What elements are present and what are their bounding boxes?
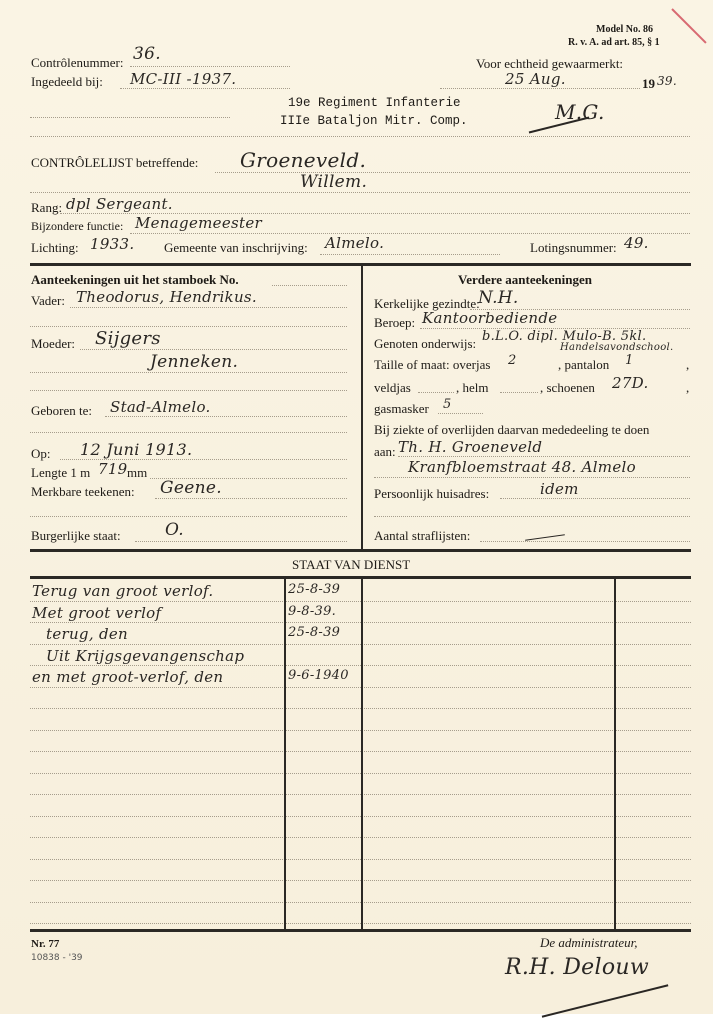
burgerlijke-value: O. bbox=[165, 520, 184, 540]
dotted-line bbox=[30, 516, 347, 517]
lengte-value: 719 bbox=[98, 460, 128, 478]
rang-label: Rang: bbox=[31, 200, 62, 216]
scan-margin bbox=[0, 1014, 713, 1024]
gasmasker-label: gasmasker bbox=[374, 401, 429, 417]
table-bottom-rule bbox=[30, 929, 691, 932]
dotted-line bbox=[374, 477, 690, 478]
verdere-title: Verdere aanteekeningen bbox=[458, 272, 592, 288]
stamboek-title: Aanteekeningen uit het stamboek No. bbox=[31, 272, 239, 288]
schoenen-value: 27D. bbox=[612, 374, 649, 392]
pantalon-value: 1 bbox=[625, 353, 634, 368]
gemeente-label: Gemeente van inschrijving: bbox=[164, 240, 308, 256]
dotted-line bbox=[30, 326, 347, 327]
service-entry-date: 9-6-1940 bbox=[288, 668, 349, 683]
aan-label: aan: bbox=[374, 444, 396, 460]
dotted-line bbox=[105, 416, 347, 417]
lengte-label: Lengte 1 m bbox=[31, 465, 90, 481]
beroep-value: Kantoorbediende bbox=[422, 309, 557, 327]
service-entry-text: Terug van groot verlof. bbox=[32, 582, 213, 600]
given-name-value: Willem. bbox=[300, 172, 367, 192]
taille-label: Taille of maat: overjas bbox=[374, 357, 490, 373]
dotted-line bbox=[418, 392, 454, 393]
aan-line2: Kranfbloemstraat 48. Almelo bbox=[408, 458, 636, 476]
lichting-value: 1933. bbox=[90, 235, 134, 253]
administrateur-signature: R.H. Delouw bbox=[505, 955, 649, 980]
burgerlijke-label: Burgerlijke staat: bbox=[31, 528, 121, 544]
merkbare-value: Geene. bbox=[160, 478, 222, 498]
dotted-line bbox=[135, 541, 347, 542]
moeder-label: Moeder: bbox=[31, 336, 75, 352]
dotted-line bbox=[500, 392, 538, 393]
merkbare-label: Merkbare teekenen: bbox=[31, 484, 135, 500]
echtheid-year-suffix: 39. bbox=[657, 74, 677, 88]
dotted-line bbox=[440, 88, 640, 89]
dotted-line bbox=[70, 307, 347, 308]
echtheid-year-prefix: 19 bbox=[642, 76, 655, 92]
dotted-line bbox=[130, 233, 690, 234]
onderwijs-label: Genoten onderwijs: bbox=[374, 336, 476, 352]
form-number: Nr. 77 bbox=[31, 938, 59, 950]
echtheid-signature: M.G. bbox=[555, 100, 605, 124]
rang-value: dpl Sergeant. bbox=[66, 195, 173, 213]
dotted-line bbox=[374, 516, 690, 517]
geboren-label: Geboren te: bbox=[31, 403, 92, 419]
service-entry-date: 9-8-39. bbox=[288, 604, 336, 619]
lichting-label: Lichting: bbox=[31, 240, 79, 256]
dotted-line bbox=[398, 456, 690, 457]
dotted-line bbox=[30, 136, 690, 137]
ingedeeld-label: Ingedeeld bij: bbox=[31, 74, 103, 90]
dotted-line bbox=[155, 498, 347, 499]
service-entry-text: en met groot-verlof, den bbox=[32, 668, 223, 686]
functie-value: Menagemeester bbox=[135, 214, 262, 232]
dotted-line bbox=[30, 390, 347, 391]
op-label: Op: bbox=[31, 446, 51, 462]
helm-label: , helm bbox=[456, 380, 489, 396]
geboren-value: Stad-Almelo. bbox=[110, 398, 211, 416]
surname-value: Groeneveld. bbox=[240, 148, 366, 172]
vader-label: Vader: bbox=[31, 293, 65, 309]
comma: , bbox=[686, 380, 689, 396]
onderwijs-value2: Handelsavondschool. bbox=[560, 342, 674, 353]
dotted-line bbox=[130, 66, 290, 67]
dotted-line bbox=[30, 372, 347, 373]
dotted-line bbox=[80, 349, 347, 350]
vader-value: Theodorus, Hendrikus. bbox=[76, 288, 257, 306]
controlenummer-value: 36. bbox=[133, 44, 161, 64]
model-number: Model No. 86 bbox=[596, 24, 653, 35]
kerkelijke-value: N.H. bbox=[478, 288, 519, 308]
echtheid-date: 25 Aug. bbox=[505, 70, 566, 88]
lengte-unit: mm bbox=[127, 465, 147, 481]
administrateur-label: De administrateur, bbox=[540, 935, 638, 951]
dotted-line bbox=[30, 117, 230, 118]
column-divider bbox=[361, 266, 363, 549]
moeder-line2: Jenneken. bbox=[150, 352, 238, 372]
comma: , bbox=[686, 357, 689, 373]
ziekte-label: Bij ziekte of overlijden daarvan mededee… bbox=[374, 422, 649, 438]
straflijsten-label: Aantal straflijsten: bbox=[374, 528, 470, 544]
moeder-line1: Sijgers bbox=[95, 328, 161, 349]
service-entry-text: terug, den bbox=[46, 625, 128, 643]
lotingsnummer-label: Lotingsnummer: bbox=[530, 240, 617, 256]
service-entry-date: 25-8-39 bbox=[288, 582, 340, 597]
op-value: 12 Juni 1913. bbox=[80, 440, 192, 459]
ingedeeld-value: MC-III -1937. bbox=[130, 70, 236, 88]
dotted-line bbox=[30, 192, 690, 193]
gemeente-value: Almelo. bbox=[325, 234, 384, 252]
dotted-line bbox=[320, 254, 500, 255]
huisadres-value: idem bbox=[540, 480, 579, 498]
beroep-label: Beroep: bbox=[374, 315, 415, 331]
dotted-line bbox=[272, 285, 347, 286]
dotted-line bbox=[215, 172, 690, 173]
lotingsnummer-value: 49. bbox=[624, 234, 649, 252]
staat-van-dienst-title: STAAT VAN DIENST bbox=[292, 557, 410, 573]
regiment-line1: 19e Regiment Infanterie bbox=[288, 96, 461, 110]
dotted-line bbox=[120, 88, 290, 89]
service-entry-text: Uit Krijgsgevangenschap bbox=[46, 647, 244, 665]
table-column-divider bbox=[361, 579, 363, 929]
controlelijst-label: CONTRÔLELIJST betreffende: bbox=[31, 155, 198, 171]
dotted-line bbox=[500, 498, 690, 499]
service-entry-date: 25-8-39 bbox=[288, 625, 340, 640]
dotted-line bbox=[480, 541, 690, 542]
section-divider bbox=[30, 549, 691, 552]
service-entry-text: Met groot verlof bbox=[32, 604, 161, 622]
huisadres-label: Persoonlijk huisadres: bbox=[374, 486, 489, 502]
regiment-line2: IIIe Bataljon Mitr. Comp. bbox=[280, 114, 468, 128]
pantalon-label: , pantalon bbox=[558, 357, 609, 373]
gasmasker-value: 5 bbox=[443, 397, 452, 412]
schoenen-label: , schoenen bbox=[540, 380, 595, 396]
aan-line1: Th. H. Groeneveld bbox=[398, 438, 542, 456]
dotted-line bbox=[438, 413, 483, 414]
dotted-line bbox=[30, 432, 347, 433]
regulation-ref: R. v. A. ad art. 85, § 1 bbox=[568, 37, 660, 48]
print-code: 10838 - '39 bbox=[31, 953, 83, 963]
table-column-divider bbox=[284, 579, 286, 929]
veldjas-label: veldjas bbox=[374, 380, 411, 396]
functie-label: Bijzondere functie: bbox=[31, 219, 123, 234]
controlenummer-label: Contrôlenummer: bbox=[31, 55, 123, 71]
table-column-divider bbox=[614, 579, 616, 929]
overjas-value: 2 bbox=[508, 353, 517, 368]
